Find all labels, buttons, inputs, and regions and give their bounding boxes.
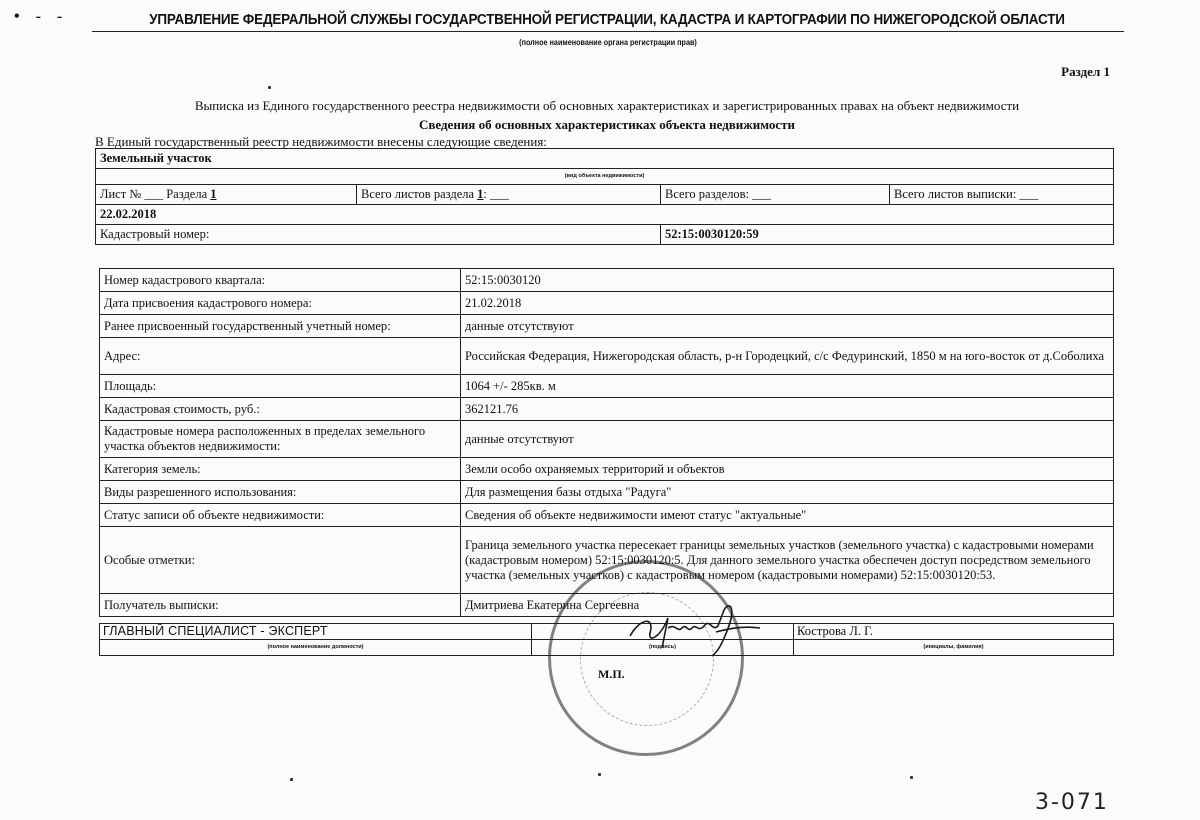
- object-header-table: Земельный участок (вид объекта недвижимо…: [95, 148, 1114, 245]
- table-row: Кадастровая стоимость, руб.: 362121.76: [100, 398, 1114, 421]
- signer-position: ГЛАВНЫЙ СПЕЦИАЛИСТ - ЭКСПЕРТ: [100, 624, 532, 640]
- row-value: 1064 +/- 285кв. м: [461, 375, 1114, 398]
- table-row: Дата присвоения кадастрового номера: 21.…: [100, 292, 1114, 315]
- stamp-mark: М.П.: [598, 667, 625, 682]
- row-label: Статус записи об объекте недвижимости:: [100, 504, 461, 527]
- total-sheets-section-label: Всего листов раздела: [361, 187, 474, 201]
- row-value: данные отсутствуют: [461, 421, 1114, 458]
- handwritten-note: 3-071: [1035, 790, 1109, 815]
- row-label: Кадастровая стоимость, руб.:: [100, 398, 461, 421]
- row-label: Адрес:: [100, 338, 461, 375]
- position-caption: (полное наименование должности): [100, 640, 532, 656]
- document-subtitle: Сведения об основных характеристиках объ…: [92, 117, 1122, 133]
- row-label: Площадь:: [100, 375, 461, 398]
- total-sections-label: Всего разделов:: [665, 187, 749, 201]
- scan-speck: [290, 778, 293, 781]
- organization-title: УПРАВЛЕНИЕ ФЕДЕРАЛЬНОЙ СЛУЖБЫ ГОСУДАРСТВ…: [128, 12, 1086, 28]
- row-label: Особые отметки:: [100, 527, 461, 594]
- cadastral-number-label: Кадастровый номер:: [96, 225, 661, 245]
- scan-speck: [598, 773, 601, 776]
- scan-speck: [910, 776, 913, 779]
- row-value: Для размещения базы отдыха "Радуга": [461, 481, 1114, 504]
- total-sections-value: ___: [752, 187, 771, 201]
- row-value: 21.02.2018: [461, 292, 1114, 315]
- row-value: Сведения об объекте недвижимости имеют с…: [461, 504, 1114, 527]
- document-title: Выписка из Единого государственного реес…: [92, 98, 1122, 114]
- section-label: Раздел 1: [1061, 64, 1110, 80]
- table-row: Ранее присвоенный государственный учетны…: [100, 315, 1114, 338]
- row-value: 52:15:0030120: [461, 269, 1114, 292]
- divider: [92, 31, 1124, 32]
- details-table: Номер кадастрового квартала: 52:15:00301…: [99, 268, 1114, 617]
- row-label: Кадастровые номера расположенных в преде…: [100, 421, 461, 458]
- table-row: Адрес: Российская Федерация, Нижегородск…: [100, 338, 1114, 375]
- total-sheets-section-cell: Всего листов раздела 1: ___: [357, 185, 661, 205]
- total-sheets-extract-value: ___: [1019, 187, 1038, 201]
- table-row: Виды разрешенного использования: Для раз…: [100, 481, 1114, 504]
- table-row: Категория земель: Земли особо охраняемых…: [100, 458, 1114, 481]
- scan-speck: [268, 86, 271, 89]
- table-row: Номер кадастрового квартала: 52:15:00301…: [100, 269, 1114, 292]
- row-label: Номер кадастрового квартала:: [100, 269, 461, 292]
- row-value: Российская Федерация, Нижегородская обла…: [461, 338, 1114, 375]
- total-sheets-section-suffix: : ___: [483, 187, 508, 201]
- table-row: Кадастровые номера расположенных в преде…: [100, 421, 1114, 458]
- name-caption: (инициалы, фамилия): [794, 640, 1114, 656]
- row-value: Земли особо охраняемых территорий и объе…: [461, 458, 1114, 481]
- organization-caption: (полное наименование органа регистрации …: [169, 37, 1046, 47]
- table-row: Статус записи об объекте недвижимости: С…: [100, 504, 1114, 527]
- cadastral-number-value: 52:15:0030120:59: [661, 225, 1114, 245]
- row-value: 362121.76: [461, 398, 1114, 421]
- row-value: Граница земельного участка пересекает гр…: [461, 527, 1114, 594]
- row-label: Получатель выписки:: [100, 594, 461, 617]
- scan-marks: • - -: [14, 8, 68, 26]
- sheet-no-value: ___: [144, 187, 163, 201]
- sheet-no-label: Лист №: [100, 187, 141, 201]
- extract-date: 22.02.2018: [96, 205, 1114, 225]
- section-label: Раздела: [166, 187, 207, 201]
- total-sheets-extract-cell: Всего листов выписки: ___: [890, 185, 1114, 205]
- row-label: Виды разрешенного использования:: [100, 481, 461, 504]
- object-type-caption: (вид объекта недвижимости): [96, 169, 1114, 185]
- row-value: данные отсутствуют: [461, 315, 1114, 338]
- row-label: Категория земель:: [100, 458, 461, 481]
- handwritten-signature-icon: [620, 598, 770, 658]
- row-label: Дата присвоения кадастрового номера:: [100, 292, 461, 315]
- row-label: Ранее присвоенный государственный учетны…: [100, 315, 461, 338]
- table-row: Площадь: 1064 +/- 285кв. м: [100, 375, 1114, 398]
- signer-name: Кострова Л. Г.: [794, 624, 1114, 640]
- object-type: Земельный участок: [96, 149, 1114, 169]
- sheet-number-cell: Лист № ___ Раздела 1: [96, 185, 357, 205]
- section-value: 1: [210, 187, 216, 201]
- total-sections-cell: Всего разделов: ___: [661, 185, 890, 205]
- total-sheets-extract-label: Всего листов выписки:: [894, 187, 1016, 201]
